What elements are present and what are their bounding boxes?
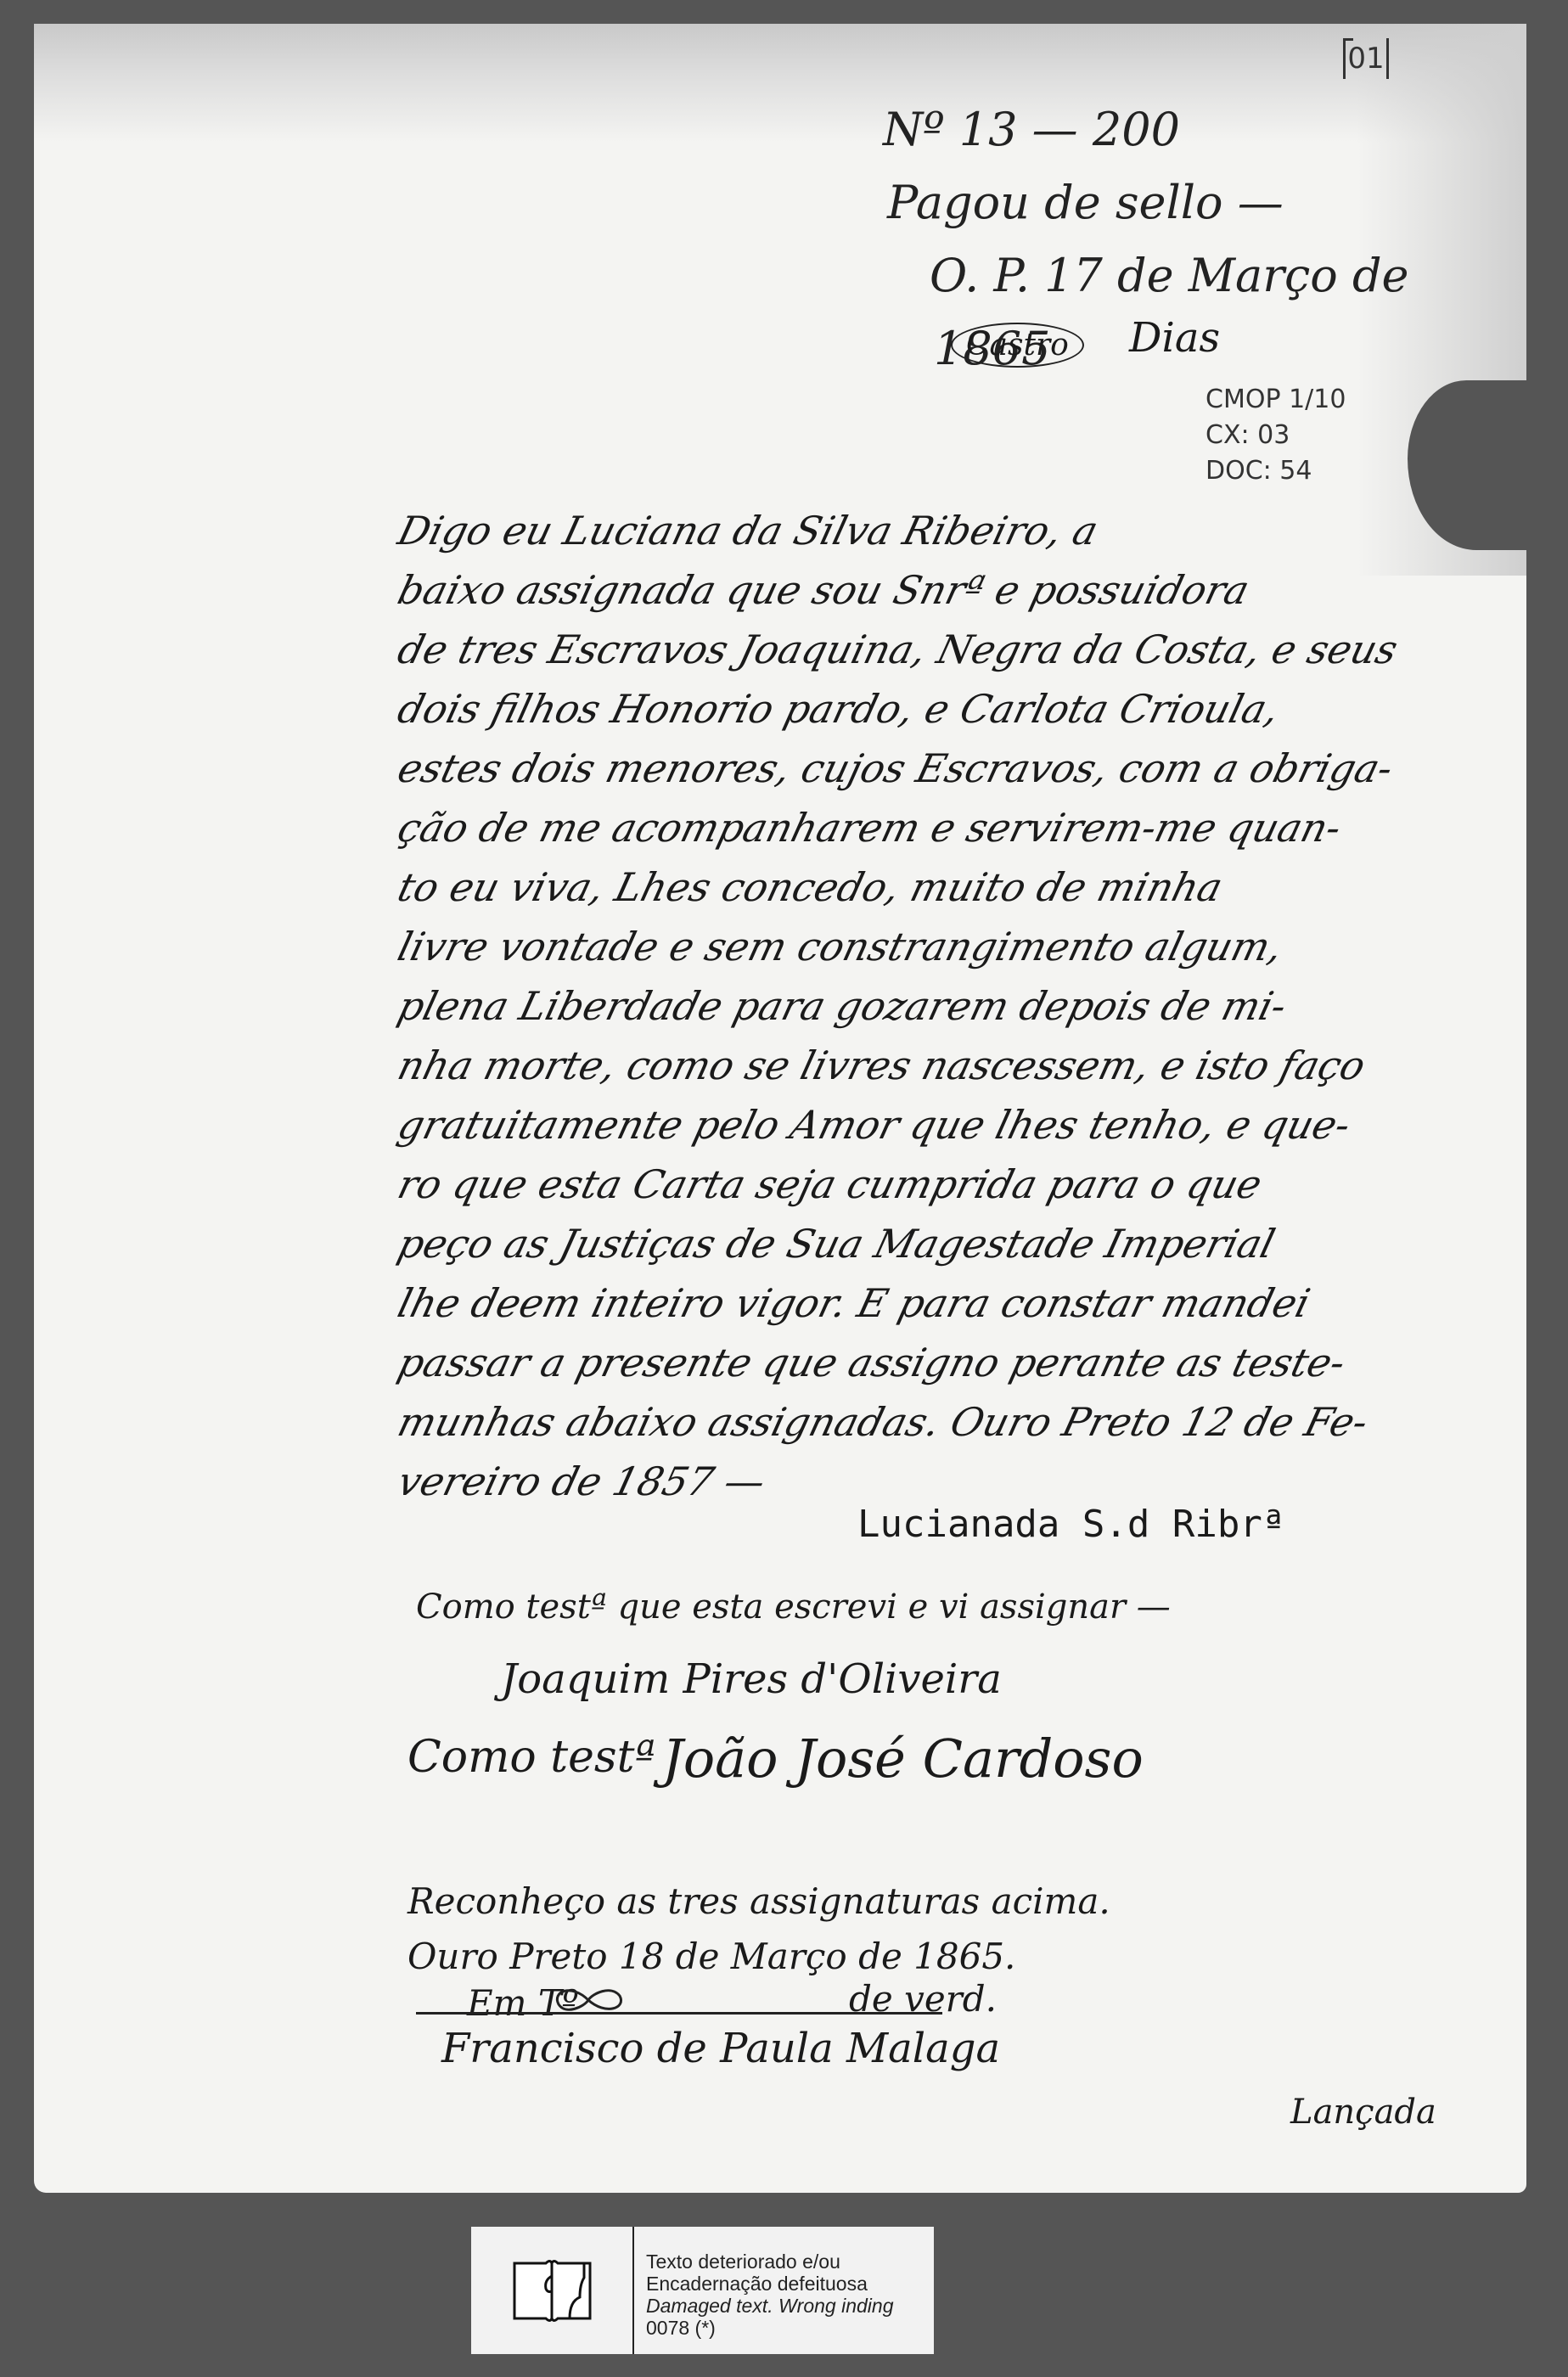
header-line: Nº 13 — 200 (883, 93, 1408, 166)
body-line: livre vontade e sem constrangimento algu… (391, 917, 1484, 976)
witness-statement: Como testª que esta escrevi e vi assigna… (416, 1587, 1171, 1627)
body-line: ção de me acompanharem e servirem-me qua… (391, 798, 1484, 857)
body-line: estes dois menores, cujos Escravos, com … (391, 739, 1484, 798)
label-code: 0078 (*) (646, 2317, 894, 2339)
witness-2-prefix: Como testª (407, 1732, 655, 1783)
catalog-doc: DOC: 54 (1206, 453, 1346, 489)
manumission-letter-body: Digo eu Luciana da Silva Ribeiro, a baix… (399, 501, 1477, 1511)
signature-rule (416, 2012, 942, 2015)
witness-1-signature: Joaquim Pires d'Oliveira (501, 1655, 1002, 1703)
body-line: Digo eu Luciana da Silva Ribeiro, a (391, 501, 1484, 560)
body-line: munhas abaixo assignadas. Ouro Preto 12 … (391, 1392, 1484, 1452)
header-line: Pagou de sello — (883, 166, 1408, 239)
body-line: peço as Justiças de Sua Magestade Imperi… (391, 1214, 1484, 1273)
label-line-pt: Texto deteriorado e/ou (646, 2251, 894, 2273)
catalog-collection: CMOP 1/10 (1206, 382, 1346, 418)
witness-2-signature: João José Cardoso (662, 1728, 1144, 1790)
body-line: plena Liberdade para gozarem depois de m… (391, 976, 1484, 1036)
conservation-label: Texto deteriorado e/ou Encadernação defe… (471, 2227, 934, 2354)
body-line: dois filhos Honorio pardo, e Carlota Cri… (391, 679, 1484, 739)
notary-recognition-line: Ouro Preto 18 de Março de 1865. (407, 1936, 1015, 1977)
header-line: O. P. 17 de Março de (883, 239, 1408, 312)
archive-page-number: 01 (1343, 38, 1389, 79)
label-icon-cell (471, 2227, 634, 2354)
body-line: nha morte, como se livres nascessem, e i… (391, 1036, 1484, 1095)
body-line: to eu viva, Lhes concedo, muito de minha (391, 857, 1484, 917)
body-line: de tres Escravos Joaquina, Negra da Cost… (391, 620, 1484, 679)
header-signature-castro: Castro (951, 323, 1084, 368)
body-line: lhe deem inteiro vigor. E para constar m… (391, 1273, 1484, 1333)
label-text: Texto deteriorado e/ou Encadernação defe… (634, 2227, 894, 2354)
body-line: baixo assignada que sou Snrª e possuidor… (391, 560, 1484, 620)
damaged-book-icon (512, 2259, 593, 2323)
catalog-box: CX: 03 (1206, 418, 1346, 453)
lancada-note: Lançada (1290, 2093, 1436, 2132)
body-line: passar a presente que assigno perante as… (391, 1333, 1484, 1392)
label-line-pt: Encadernação defeituosa (646, 2273, 894, 2295)
notary-recognition-line: Reconheço as tres assignaturas acima. (407, 1880, 1110, 1922)
label-line-en: Damaged text. Wrong inding (646, 2295, 894, 2317)
header-signature-dias: Dias (1129, 314, 1220, 362)
catalog-reference: CMOP 1/10 CX: 03 DOC: 54 (1206, 382, 1346, 489)
body-line: gratuitamente pelo Amor que lhes tenho, … (391, 1095, 1484, 1155)
body-line: ro que esta Carta seja cumprida para o q… (391, 1155, 1484, 1214)
notary-signature: Francisco de Paula Malaga (441, 2025, 1000, 2072)
principal-signature: Lucianada S.d Ribrª (857, 1503, 1284, 1546)
